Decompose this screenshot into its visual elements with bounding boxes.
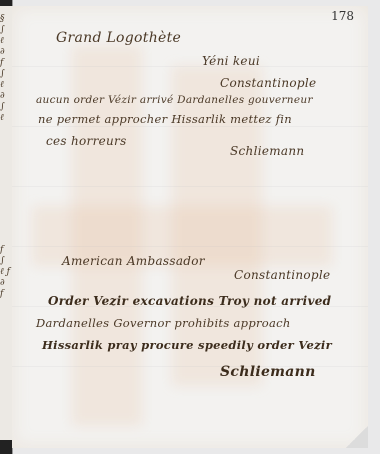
page-corner-fold bbox=[346, 426, 368, 448]
telegram-2-line-3: Hissarlik pray procure speedily order Ve… bbox=[42, 338, 332, 352]
paper-rule bbox=[12, 186, 368, 187]
scan-border-top bbox=[0, 0, 12, 6]
telegram-1-location-2: Constantinople bbox=[220, 76, 316, 90]
paper-rule bbox=[12, 126, 368, 127]
paper-rule bbox=[12, 246, 368, 247]
paper-rule bbox=[12, 66, 368, 67]
telegram-1-line-3: ces horreurs bbox=[46, 134, 127, 148]
telegram-1-location-1: Yéni keui bbox=[202, 54, 260, 68]
telegram-1-line-1: aucun order Vézir arrivé Dardanelles gou… bbox=[36, 94, 313, 106]
telegram-2-line-2: Dardanelles Governor prohibits approach bbox=[36, 316, 291, 330]
telegram-1-signature: Schliemann bbox=[230, 144, 304, 158]
telegram-1-addressee: Grand Logothète bbox=[56, 30, 181, 46]
manuscript-page: 178 Grand Logothète Yéni keui Constantin… bbox=[12, 6, 368, 448]
facing-page-text-lower: ƒ ∫ ℓ ƒ ∂ ƒ bbox=[0, 245, 10, 300]
telegram-2-addressee: American Ambassador bbox=[62, 254, 205, 268]
facing-page-text: § ∫ ℓ ∂ ƒ ∫ ℓ ∂ ∫ ℓ bbox=[0, 14, 10, 124]
telegram-1-line-2: ne permet approcher Hissarlik mettez fin bbox=[38, 112, 292, 126]
telegram-2-signature: Schliemann bbox=[220, 364, 316, 380]
telegram-2-location: Constantinople bbox=[234, 268, 330, 282]
page-number: 178 bbox=[331, 9, 354, 23]
scan-border-bottom bbox=[0, 440, 12, 454]
telegram-2-line-1: Order Vezir excavations Troy not arrived bbox=[48, 294, 331, 308]
